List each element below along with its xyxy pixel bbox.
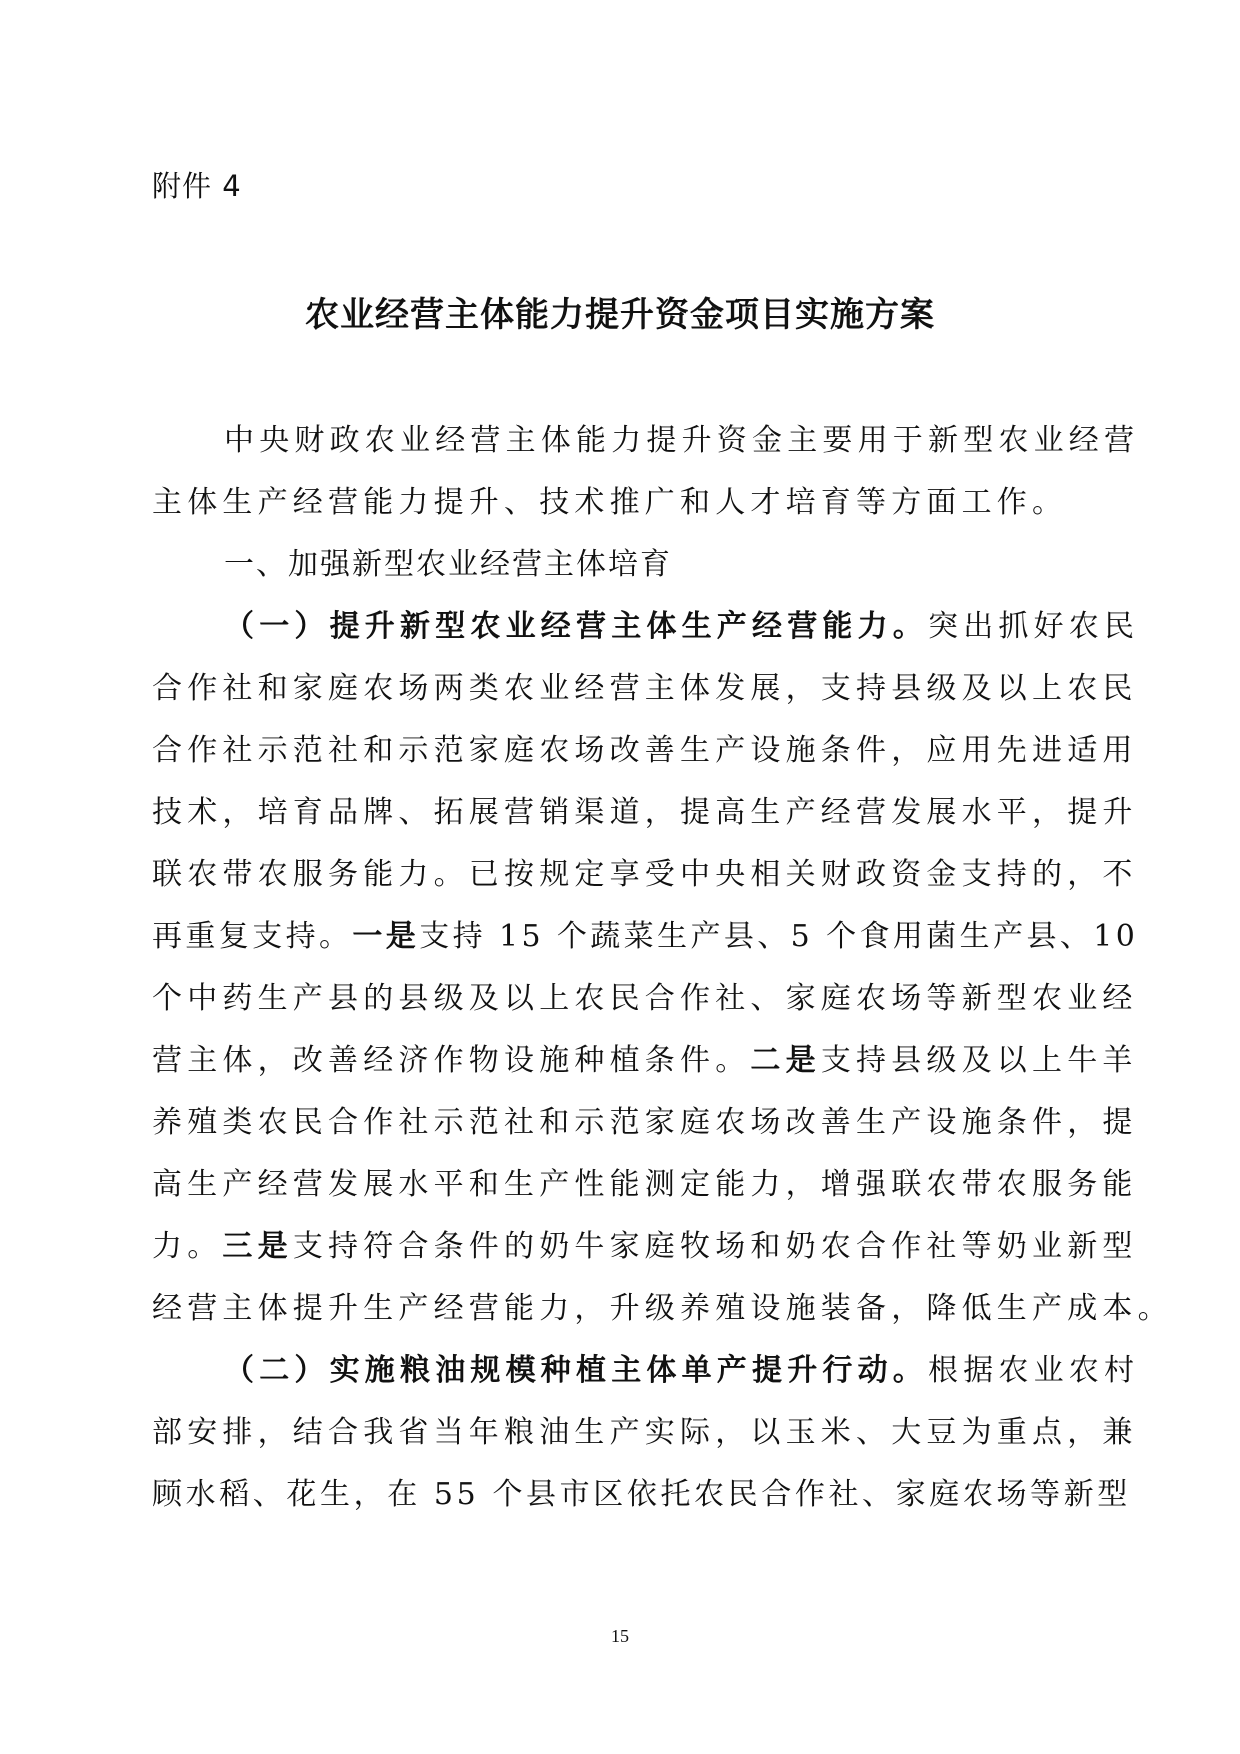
subsection-2-first-line-text: 根据农业农村 bbox=[928, 1353, 1139, 1388]
text-run: 力。 bbox=[152, 1229, 222, 1264]
intro-line-2: 主体生产经营能力提升、技术推广和人才培育等方面工作。 bbox=[152, 472, 1088, 534]
page-number: 15 bbox=[0, 1626, 1240, 1647]
subsection-heading-1: （一）提升新型农业经营主体生产经营能力。 bbox=[224, 609, 928, 644]
paragraph-line: 部安排，结合我省当年粮油生产实际，以玉米、大豆为重点，兼 bbox=[152, 1402, 1088, 1464]
paragraph-line: 联农带农服务能力。已按规定享受中央相关财政资金支持的，不 bbox=[152, 844, 1088, 906]
subsection-2-first-line: （二）实施粮油规模种植主体单产提升行动。根据农业农村 bbox=[152, 1340, 1088, 1402]
emphasis-er-shi: 二是 bbox=[750, 1043, 820, 1078]
document-body: 中央财政农业经营主体能力提升资金主要用于新型农业经营 主体生产经营能力提升、技术… bbox=[152, 410, 1088, 1526]
paragraph-line: 营主体，改善经济作物设施种植条件。二是支持县级及以上牛羊 bbox=[152, 1030, 1088, 1092]
subsection-1-first-line: （一）提升新型农业经营主体生产经营能力。突出抓好农民 bbox=[152, 596, 1088, 658]
text-run: 再重复支持。 bbox=[152, 919, 352, 954]
text-run: 支持县级及以上牛羊 bbox=[821, 1043, 1138, 1078]
document-title: 农业经营主体能力提升资金项目实施方案 bbox=[0, 293, 1240, 337]
paragraph-line: 合作社和家庭农场两类农业经营主体发展，支持县级及以上农民 bbox=[152, 658, 1088, 720]
text-run: 支持 15 个蔬菜生产县、5 个食用菌生产县、10 bbox=[419, 919, 1138, 954]
subsection-1-first-line-text: 突出抓好农民 bbox=[928, 609, 1139, 644]
intro-line-1: 中央财政农业经营主体能力提升资金主要用于新型农业经营 bbox=[152, 410, 1088, 472]
paragraph-line: 技术，培育品牌、拓展营销渠道，提高生产经营发展水平，提升 bbox=[152, 782, 1088, 844]
subsection-heading-2: （二）实施粮油规模种植主体单产提升行动。 bbox=[224, 1353, 928, 1388]
emphasis-yi-shi: 一是 bbox=[352, 919, 419, 954]
document-page: 附件 4 农业经营主体能力提升资金项目实施方案 中央财政农业经营主体能力提升资金… bbox=[0, 0, 1240, 1754]
text-run: 营主体，改善经济作物设施种植条件。 bbox=[152, 1043, 750, 1078]
paragraph-line: 力。三是支持符合条件的奶牛家庭牧场和奶农合作社等奶业新型 bbox=[152, 1216, 1088, 1278]
paragraph-line: 顾水稻、花生，在 55 个县市区依托农民合作社、家庭农场等新型 bbox=[152, 1464, 1088, 1526]
paragraph-line: 再重复支持。一是支持 15 个蔬菜生产县、5 个食用菌生产县、10 bbox=[152, 906, 1088, 968]
section-heading-1: 一、加强新型农业经营主体培育 bbox=[152, 534, 1088, 596]
paragraph-line: 合作社示范社和示范家庭农场改善生产设施条件，应用先进适用 bbox=[152, 720, 1088, 782]
paragraph-line: 个中药生产县的县级及以上农民合作社、家庭农场等新型农业经 bbox=[152, 968, 1088, 1030]
paragraph-line: 经营主体提升生产经营能力，升级养殖设施装备，降低生产成本。 bbox=[152, 1278, 1088, 1340]
text-run: 支持符合条件的奶牛家庭牧场和奶农合作社等奶业新型 bbox=[293, 1229, 1138, 1264]
paragraph-line: 高生产经营发展水平和生产性能测定能力，增强联农带农服务能 bbox=[152, 1154, 1088, 1216]
paragraph-line: 养殖类农民合作社示范社和示范家庭农场改善生产设施条件，提 bbox=[152, 1092, 1088, 1154]
attachment-label: 附件 4 bbox=[152, 166, 242, 206]
emphasis-san-shi: 三是 bbox=[222, 1229, 292, 1264]
